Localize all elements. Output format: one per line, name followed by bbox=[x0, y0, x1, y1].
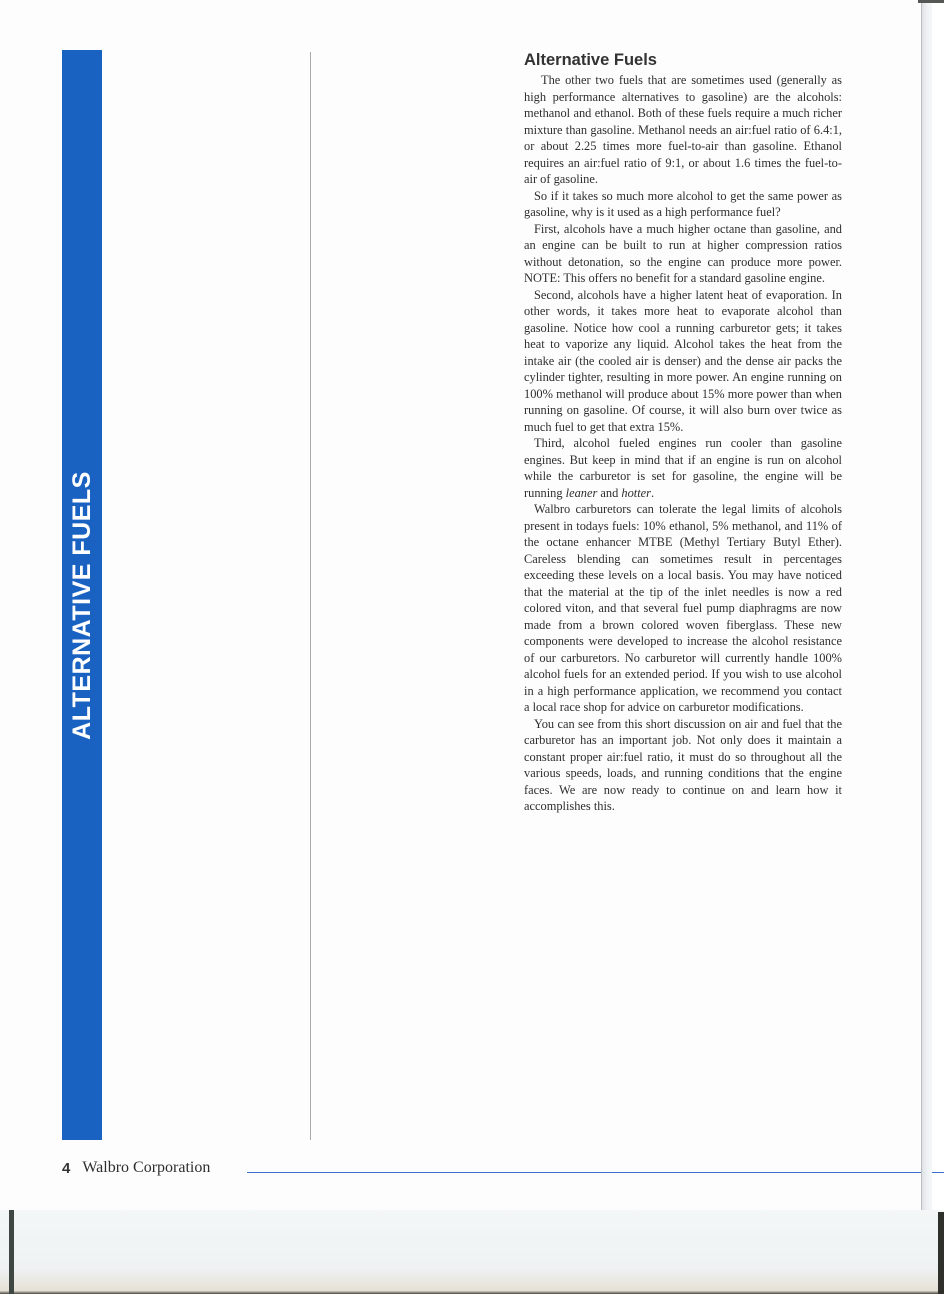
page-number: 4 bbox=[62, 1160, 70, 1177]
article-paragraph: First, alcohols have a much higher octan… bbox=[524, 221, 842, 287]
article-paragraph: The other two fuels that are sometimes u… bbox=[524, 72, 842, 188]
scan-page-edge bbox=[922, 0, 932, 1212]
article-paragraph: You can see from this short discussion o… bbox=[524, 716, 842, 815]
scan-corner-artifact bbox=[918, 0, 944, 3]
paragraph-text: . bbox=[651, 486, 654, 500]
article-paragraph: Second, alcohols have a higher latent he… bbox=[524, 287, 842, 436]
scan-bottom-margin bbox=[0, 1210, 944, 1294]
section-tab-label: ALTERNATIVE FUELS bbox=[62, 455, 102, 755]
page-footer: 4 Walbro Corporation bbox=[62, 1156, 922, 1180]
emphasis-hotter: hotter bbox=[621, 486, 651, 500]
scan-right-edge-artifact bbox=[938, 1212, 944, 1294]
article-paragraph: So if it takes so much more alcohol to g… bbox=[524, 188, 842, 221]
footer-company-name: Walbro Corporation bbox=[82, 1159, 210, 1177]
column-divider bbox=[310, 52, 311, 1140]
article-paragraph: Walbro carburetors can tolerate the lega… bbox=[524, 501, 842, 716]
article-title: Alternative Fuels bbox=[524, 50, 842, 70]
section-tab-text: ALTERNATIVE FUELS bbox=[68, 471, 97, 740]
scan-left-edge-artifact bbox=[9, 1210, 14, 1294]
paragraph-text: and bbox=[597, 486, 621, 500]
article-paragraph: Third, alcohol fueled engines run cooler… bbox=[524, 435, 842, 501]
document-page: ALTERNATIVE FUELS Alternative Fuels The … bbox=[0, 0, 920, 1212]
footer-rule bbox=[247, 1172, 944, 1173]
article: Alternative Fuels The other two fuels th… bbox=[524, 50, 842, 815]
emphasis-leaner: leaner bbox=[566, 486, 598, 500]
